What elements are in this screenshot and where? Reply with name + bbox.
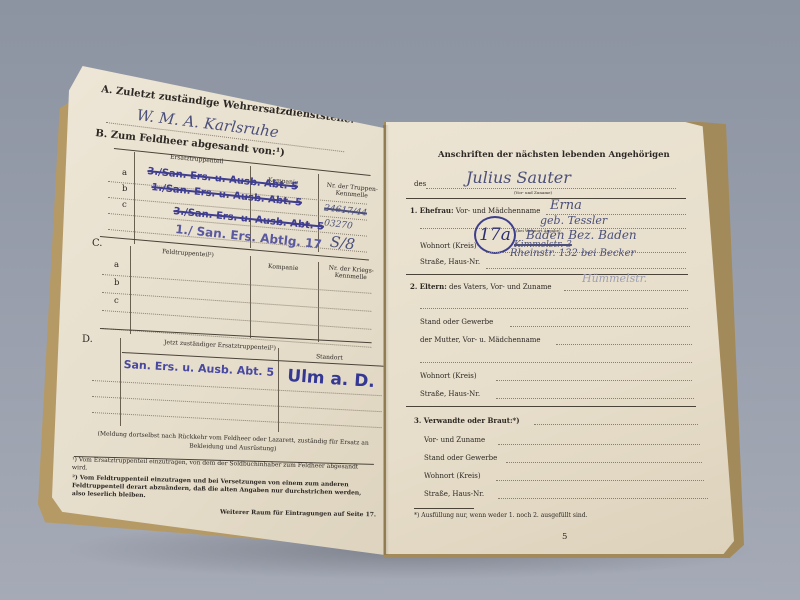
- vater-value-faint: Hümmelstr.: [582, 272, 647, 285]
- continuation-note: Weiterer Raum für Eintragungen auf Seite…: [220, 509, 376, 519]
- wife-maiden-name: geb. Tessler: [540, 214, 607, 227]
- row-line: [506, 462, 702, 463]
- col-kriegs-kennummer: Nr. der Kriegs-Kennmelle: [322, 264, 381, 282]
- col-ersatztruppenteil: Jetzt zuständiger Ersatztruppenteil²): [164, 339, 276, 352]
- row-label-b: b: [114, 278, 119, 288]
- divider: [406, 406, 696, 407]
- section-2-label: 2. Eltern:: [410, 282, 447, 291]
- footnote-rule: [414, 508, 474, 509]
- col-ersatztruppenteil: Ersatztruppenteil: [170, 154, 224, 166]
- col-feldtruppenteil: Feldtruppenteil²): [162, 248, 214, 259]
- page-title: Anschriften der nächsten lebenden Angehö…: [438, 150, 670, 160]
- section-c-col-divider: [318, 262, 319, 342]
- page-number-right: 5: [562, 532, 567, 542]
- row-line: [92, 412, 382, 428]
- footnote: *) Ausfüllung nur, wenn weder 1. noch 2.…: [414, 512, 588, 519]
- col-kennummer: Nr. der Truppen-Kennmelle: [322, 181, 383, 200]
- vater-label: des Vaters, Vor- und Zuname: [449, 283, 552, 291]
- section-b-col-divider: [134, 152, 135, 244]
- section-c-col-divider: [130, 246, 131, 334]
- row-line: [498, 498, 708, 499]
- wohnort-label: Wohnort (Kreis): [424, 472, 481, 480]
- row-line: [92, 396, 382, 412]
- row-line: [496, 380, 692, 381]
- section-b-letter: B.: [95, 128, 108, 140]
- holder-name-caption: (Vor- und Zuname): [514, 190, 552, 195]
- divider: [406, 198, 686, 199]
- kennummer-old: 03270: [323, 218, 353, 231]
- row-line: [420, 308, 688, 309]
- wohnort-label: Wohnort (Kreis): [420, 242, 477, 250]
- strasse-label: Straße, Haus-Nr.: [424, 490, 484, 498]
- holder-name-handwritten: Julius Sauter: [466, 168, 571, 187]
- row-line: [556, 344, 692, 345]
- col-standort: Standort: [316, 353, 343, 361]
- col-kompanie: Kompanie: [268, 263, 299, 272]
- left-page: A. Zuletzt zuständige Wehrersatzdienstst…: [52, 66, 392, 556]
- section-d-top-rule: [100, 328, 372, 343]
- holder-name-line: [426, 188, 676, 189]
- stand-label: Stand oder Gewerbe: [420, 318, 493, 326]
- row-line: [510, 326, 690, 327]
- kennummer-current: S/8: [329, 233, 356, 254]
- section-d-note: (Meldung dortselbst nach Rückkehr vom Fe…: [88, 429, 378, 457]
- wife-first-name: Erna: [550, 198, 582, 213]
- section-1-name-label: Vor- und Mädchenname: [456, 207, 541, 215]
- mutter-label: der Mutter, Vor- u. Mädchenname: [420, 336, 541, 344]
- row-line: [486, 268, 686, 269]
- row-label-b: b: [122, 184, 127, 194]
- name-label: Vor- und Zuname: [424, 436, 485, 444]
- row-label-c: c: [114, 296, 119, 306]
- footnote-2: ²) Vom Feldtruppenteil einzutragen und b…: [72, 474, 373, 506]
- row-line: [420, 362, 692, 363]
- section-c-letter: C.: [92, 238, 102, 249]
- row-line: [496, 480, 704, 481]
- wohnort-label: Wohnort (Kreis): [420, 372, 477, 380]
- row-label-c: c: [122, 200, 127, 210]
- row-label-a: a: [122, 168, 127, 178]
- des-label: des: [414, 180, 426, 188]
- row-line: [496, 398, 694, 399]
- wife-strasse: Rheinstr. 132 bei Becker: [510, 248, 635, 259]
- section-3-label: 3. Verwandte oder Braut:*): [414, 416, 520, 425]
- section-d-letter: D.: [82, 334, 93, 345]
- row-line: [498, 444, 700, 445]
- row-line: [102, 292, 371, 312]
- book-gutter: [383, 125, 389, 555]
- row-line: [534, 424, 698, 425]
- right-page: Anschriften der nächsten lebenden Angehö…: [386, 122, 734, 554]
- circle-stamp-text: 17a: [479, 225, 511, 245]
- stand-label: Stand oder Gewerbe: [424, 454, 497, 462]
- row-line: [564, 290, 688, 291]
- row-line: [102, 310, 371, 330]
- row-label-a: a: [114, 260, 119, 270]
- section-c-col-divider: [250, 256, 251, 338]
- strasse-label: Straße, Haus-Nr.: [420, 258, 480, 266]
- section-a-letter: A.: [101, 84, 114, 96]
- strasse-label: Straße, Haus-Nr.: [420, 390, 480, 398]
- stamp-current-unit: San. Ers. u. Ausb. Abt. 5: [123, 358, 274, 379]
- stamp-location: Ulm a. D.: [287, 366, 376, 392]
- section-1-label: 1. Ehefrau:: [410, 206, 454, 215]
